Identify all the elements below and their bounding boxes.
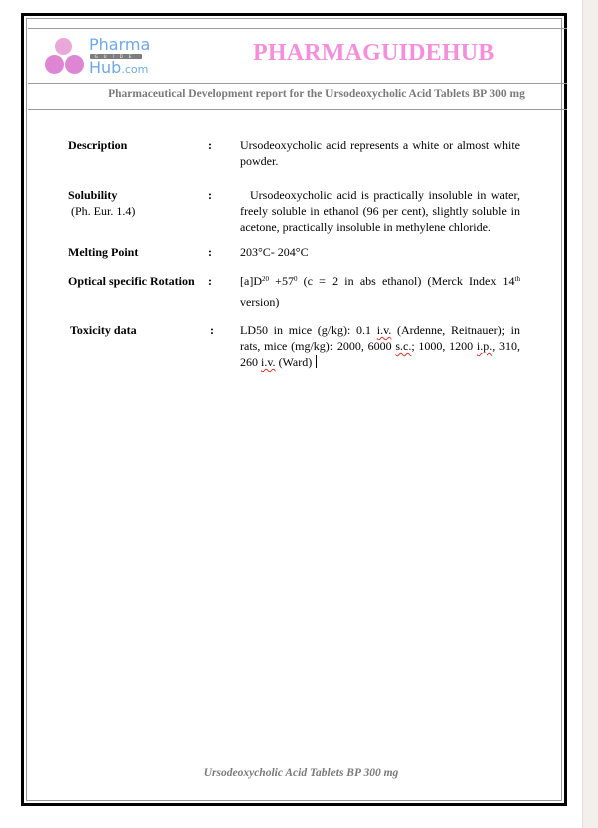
vertical-scrollbar[interactable] — [582, 0, 598, 828]
spellcheck-word[interactable]: s.c. — [395, 339, 411, 353]
value-text: +57 — [269, 274, 294, 288]
property-label: Description — [68, 137, 127, 153]
header-divider — [28, 83, 567, 84]
property-separator: : — [208, 271, 212, 292]
property-separator: : — [208, 244, 212, 260]
superscript: 20 — [262, 275, 269, 283]
logo-circle-icon — [55, 38, 72, 55]
property-separator: : — [208, 137, 212, 153]
brand-title: PHARMAGUIDEHUB — [253, 40, 494, 67]
logo-hub: Hub — [89, 58, 121, 77]
page-header: Pharma GUIDE Hub.com PHARMAGUIDEHUB Phar… — [28, 28, 567, 110]
property-value[interactable]: 203°C- 204°C — [240, 244, 520, 260]
superscript: th — [515, 275, 520, 283]
property-separator: : — [210, 322, 214, 338]
property-value[interactable]: Ursodeoxycholic acid represents a white … — [240, 137, 520, 169]
property-row-toxicity: Toxicity data : LD50 in mice (g/kg): 0.1… — [68, 322, 528, 382]
property-label: Melting Point — [68, 244, 138, 260]
property-label: Solubility — [68, 187, 117, 203]
property-label: Optical specific Rotation — [68, 271, 195, 292]
spellcheck-word[interactable]: i.p. — [477, 339, 492, 353]
property-row-solubility: Solubility (Ph. Eur. 1.4) : Ursodeoxycho… — [68, 187, 528, 244]
page-footer: Ursodeoxycholic Acid Tablets BP 300 mg — [24, 767, 564, 779]
property-row-melting-point: Melting Point : 203°C- 204°C — [68, 244, 528, 271]
report-subtitle: Pharmaceutical Development report for th… — [28, 88, 567, 100]
value-text: ; 1000, 1200 — [411, 339, 477, 353]
logo-domain: .com — [121, 63, 148, 76]
property-separator: : — [208, 187, 212, 203]
pharmaguidehub-logo: Pharma GUIDE Hub.com — [45, 35, 155, 79]
property-value[interactable]: LD50 in mice (g/kg): 0.1 i.v. (Ardenne, … — [240, 322, 520, 370]
value-text: (c = 2 in abs ethanol) (Merck Index 14 — [297, 274, 514, 288]
logo-circle-icon — [65, 55, 84, 74]
logo-text-hub: Hub.com — [89, 58, 148, 77]
property-row-description: Description : Ursodeoxycholic acid repre… — [68, 137, 528, 187]
text-cursor — [316, 355, 317, 368]
value-text: [a]D — [240, 274, 262, 288]
logo-circle-icon — [45, 55, 64, 74]
property-value[interactable]: Ursodeoxycholic acid is practically inso… — [240, 187, 520, 235]
value-text: LD50 in mice (g/kg): 0.1 — [240, 323, 377, 337]
property-value[interactable]: [a]D20 +570 (c = 2 in abs ethanol) (Merc… — [240, 271, 520, 313]
spellcheck-word[interactable]: i.v. — [261, 355, 276, 369]
logo-text-pharma: Pharma — [89, 35, 150, 54]
properties-table: Description : Ursodeoxycholic acid repre… — [68, 137, 528, 382]
spellcheck-word[interactable]: i.v. — [377, 323, 392, 337]
property-label: Toxicity data — [70, 322, 137, 338]
document-page: Pharma GUIDE Hub.com PHARMAGUIDEHUB Phar… — [21, 13, 567, 806]
property-sublabel: (Ph. Eur. 1.4) — [71, 203, 135, 219]
value-text: (Ward) — [276, 355, 313, 369]
page-inner-border — [26, 18, 562, 801]
value-text: version) — [240, 295, 279, 309]
property-row-optical-rotation: Optical specific Rotation : [a]D20 +570 … — [68, 271, 528, 322]
